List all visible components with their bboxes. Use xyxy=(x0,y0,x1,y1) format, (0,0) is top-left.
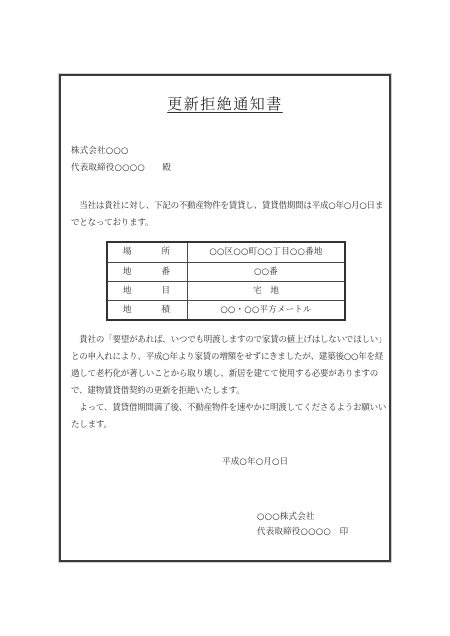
body-line: 過して老朽化が著しいことから取り壊し、新居を建てて使用する必要がありますの xyxy=(71,366,388,383)
signature-block: ○○○株式会社 代表取締役○○○○ 印 xyxy=(257,510,348,540)
row-label-char: 地 xyxy=(123,264,132,281)
row-label-char: 地 xyxy=(123,283,132,300)
row-label-char: 番 xyxy=(161,264,170,281)
body-line: との申入れにより、平成○年より家賃の増額をせずにきましたが、建築後○○年を経 xyxy=(71,349,388,366)
body-line: よって、賃貸借期間満了後、不動産物件を速やかに明渡してくださるようお願いい xyxy=(71,400,388,417)
row-label-char: 場 xyxy=(123,244,132,261)
addressee-block: 株式会社○○○ 代表取締役○○○○ 殿 xyxy=(71,143,171,177)
addressee-company: 株式会社○○○ xyxy=(71,143,171,160)
body-paragraph: 貴社の「要望があれば、いつでも明渡しますので家賃の値上げはしないでほしい」 との… xyxy=(71,332,388,434)
row-value: 宅 地 xyxy=(188,283,344,300)
page-canvas: 更新拒絶通知書 株式会社○○○ 代表取締役○○○○ 殿 当社は貴社に対し、下記の… xyxy=(0,0,450,636)
table-row-land-area: 地 積 ○○・○○平方メートル xyxy=(108,300,344,319)
table-row-location: 場 所 ○○区○○町○○丁目○○番地 xyxy=(108,243,344,262)
intro-line: 当社は貴社に対し、下記の不動産物件を賃貸し、賃貸借期間は平成○年○月○日ま xyxy=(71,198,388,215)
body-line: で、建物賃貸借契約の更新を拒絶いたします。 xyxy=(71,383,388,400)
intro-paragraph: 当社は貴社に対し、下記の不動産物件を賃貸し、賃貸借期間は平成○年○月○日ま でと… xyxy=(71,198,388,232)
row-label-char: 地 xyxy=(123,302,132,319)
row-value: ○○区○○町○○丁目○○番地 xyxy=(188,244,344,261)
signature-representative: 代表取締役○○○○ 印 xyxy=(257,525,348,540)
row-value: ○○・○○平方メートル xyxy=(188,302,344,319)
row-label: 地 番 xyxy=(108,263,188,281)
date-line: 平成○年○月○日 xyxy=(222,455,288,467)
row-label-char: 目 xyxy=(161,283,170,300)
row-label: 地 目 xyxy=(108,282,188,300)
row-label: 場 所 xyxy=(108,243,188,262)
body-line: たします。 xyxy=(71,417,388,434)
property-table: 場 所 ○○区○○町○○丁目○○番地 地 番 ○○番 地 目 宅 地 xyxy=(106,241,346,321)
row-value: ○○番 xyxy=(188,264,344,281)
row-label-char: 所 xyxy=(161,244,170,261)
intro-line: でとなっております。 xyxy=(71,215,388,232)
document-title: 更新拒絶通知書 xyxy=(61,93,389,114)
signature-company: ○○○株式会社 xyxy=(257,510,348,525)
addressee-representative: 代表取締役○○○○ 殿 xyxy=(71,160,171,177)
body-line: 貴社の「要望があれば、いつでも明渡しますので家賃の値上げはしないでほしい」 xyxy=(71,332,388,349)
table-row-lot-number: 地 番 ○○番 xyxy=(108,262,344,281)
row-label: 地 積 xyxy=(108,301,188,319)
row-label-char: 積 xyxy=(161,302,170,319)
document-frame: 更新拒絶通知書 株式会社○○○ 代表取締役○○○○ 殿 当社は貴社に対し、下記の… xyxy=(59,74,391,562)
table-row-land-category: 地 目 宅 地 xyxy=(108,281,344,300)
